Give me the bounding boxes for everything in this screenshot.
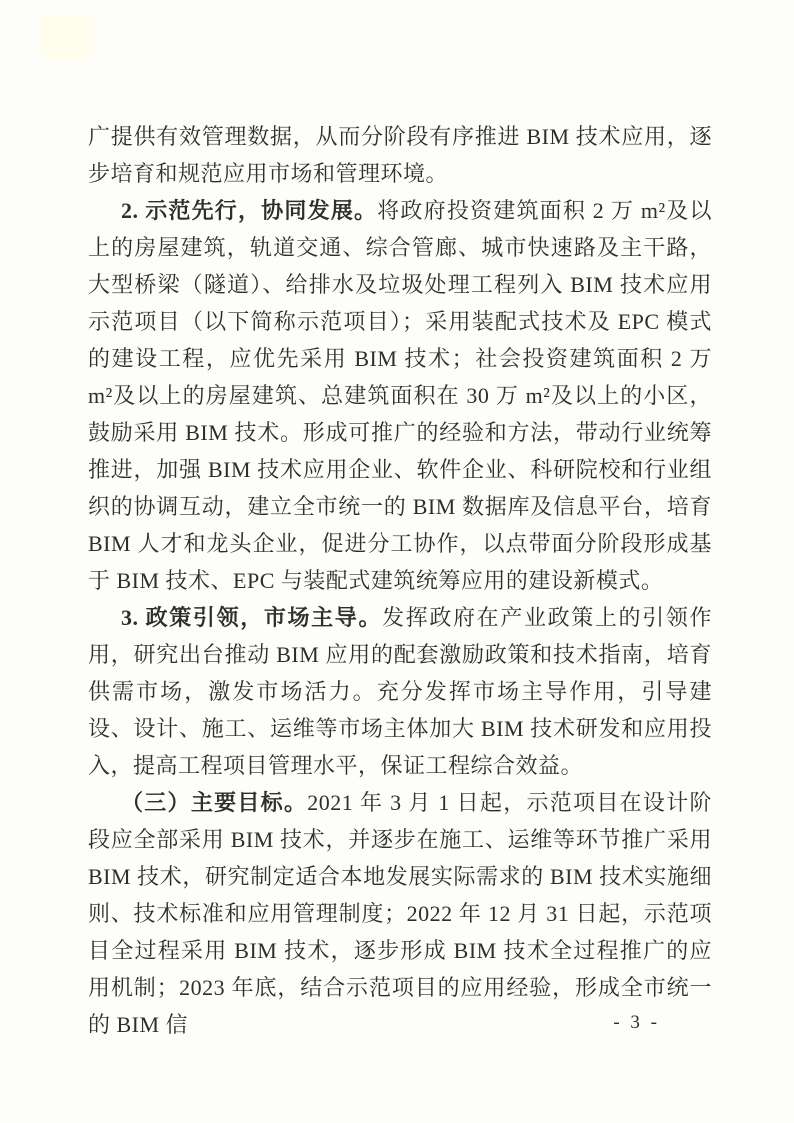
paragraph-lead: 2. 示范先行，协同发展。	[121, 198, 377, 223]
paragraph-main-goals: （三）主要目标。2021 年 3 月 1 日起，示范项目在设计阶段应全部采用 B…	[88, 784, 712, 1043]
document-body: 广提供有效管理数据，从而分阶段有序推进 BIM 技术应用，逐步培育和规范应用市场…	[88, 118, 712, 1043]
page-number: - 3 -	[613, 1012, 660, 1034]
paragraph-body: 将政府投资建筑面积 2 万 m²及以上的房屋建筑，轨道交通、综合管廊、城市快速路…	[88, 198, 712, 593]
paragraph-point-3: 3. 政策引领，市场主导。发挥政府在产业政策上的引领作用，研究出台推动 BIM …	[88, 599, 712, 784]
document-page: 广提供有效管理数据，从而分阶段有序推进 BIM 技术应用，逐步培育和规范应用市场…	[0, 0, 794, 1123]
paragraph-continuation: 广提供有效管理数据，从而分阶段有序推进 BIM 技术应用，逐步培育和规范应用市场…	[88, 118, 712, 192]
paragraph-body: 2021 年 3 月 1 日起，示范项目在设计阶段应全部采用 BIM 技术，并逐…	[88, 790, 712, 1037]
paragraph-lead: 3. 政策引领，市场主导。	[121, 605, 382, 630]
paragraph-point-2: 2. 示范先行，协同发展。将政府投资建筑面积 2 万 m²及以上的房屋建筑，轨道…	[88, 192, 712, 599]
paragraph-body: 发挥政府在产业政策上的引领作用，研究出台推动 BIM 应用的配套激励政策和技术指…	[88, 605, 712, 778]
paragraph-body: 广提供有效管理数据，从而分阶段有序推进 BIM 技术应用，逐步培育和规范应用市场…	[88, 124, 712, 186]
paragraph-lead: （三）主要目标。	[121, 790, 307, 815]
scan-artifact	[40, 16, 94, 60]
